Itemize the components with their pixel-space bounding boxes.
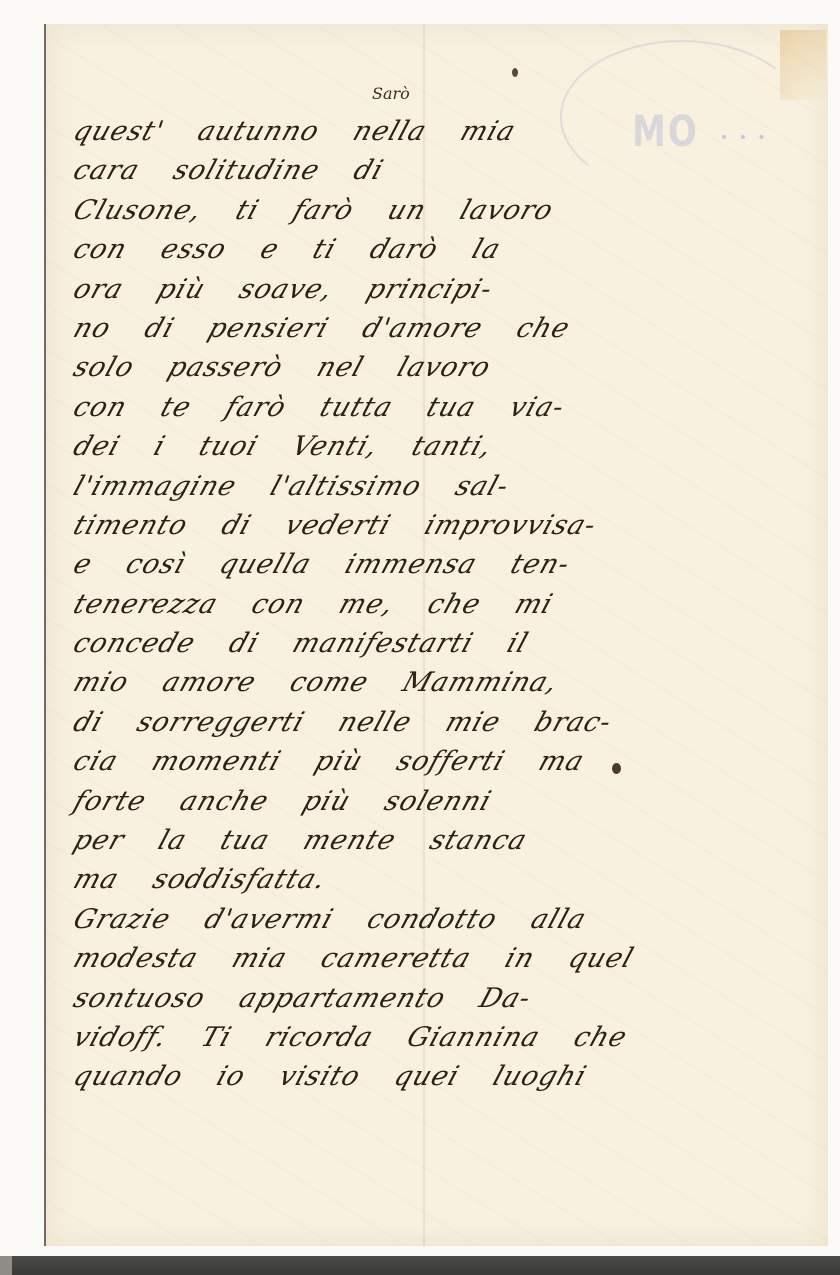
scanned-letter: MO • • • Sarò quest' autunno nella mia c…	[0, 0, 840, 1275]
letter-line: quando io visito quei luoghi	[68, 1057, 831, 1096]
ink-blot	[512, 68, 518, 77]
letter-body: quest' autunno nella mia cara solitudine…	[68, 112, 818, 1097]
letter-line: sontuoso appartamento Da-	[68, 979, 831, 1018]
letter-line: con esso e ti darò la	[68, 230, 831, 269]
letter-line: Grazie d'avermi condotto alla	[68, 900, 831, 939]
letter-line: cia momenti più sofferti ma	[68, 742, 831, 781]
letter-line: modesta mia cameretta in quel	[68, 939, 831, 978]
letter-line: e così quella immensa ten-	[68, 545, 831, 584]
scanner-bar-edge	[0, 1256, 12, 1275]
letter-line: timento di vederti improvvisa-	[68, 506, 831, 545]
letter-line: con te farò tutta tua via-	[68, 388, 831, 427]
letter-line: mio amore come Mammina,	[68, 663, 831, 702]
letter-line: di sorreggerti nelle mie brac-	[68, 703, 831, 742]
letter-line: dei i tuoi Venti, tanti,	[68, 427, 831, 466]
letter-line: vidoff. Ti ricorda Giannina che	[68, 1018, 831, 1057]
ink-blot	[612, 763, 621, 774]
letter-line: tenerezza con me, che mi	[68, 585, 831, 624]
letter-line: Clusone, ti farò un lavoro	[68, 191, 831, 230]
letter-line: quest' autunno nella mia	[68, 112, 831, 151]
letter-line: ora più soave, principi-	[68, 270, 831, 309]
letter-line: l'immagine l'altissimo sal-	[68, 467, 831, 506]
letter-line: solo passerò nel lavoro	[68, 348, 831, 387]
letter-line: cara solitudine di	[68, 151, 831, 190]
letter-line: no di pensieri d'amore che	[68, 309, 831, 348]
header-word: Sarò	[372, 84, 410, 103]
letter-line: ma soddisfatta.	[68, 860, 831, 899]
scanner-bottom-bar	[0, 1256, 840, 1275]
letter-line: forte anche più solenni	[68, 782, 831, 821]
letter-line: per la tua mente stanca	[68, 821, 831, 860]
letter-line: concede di manifestarti il	[68, 624, 831, 663]
